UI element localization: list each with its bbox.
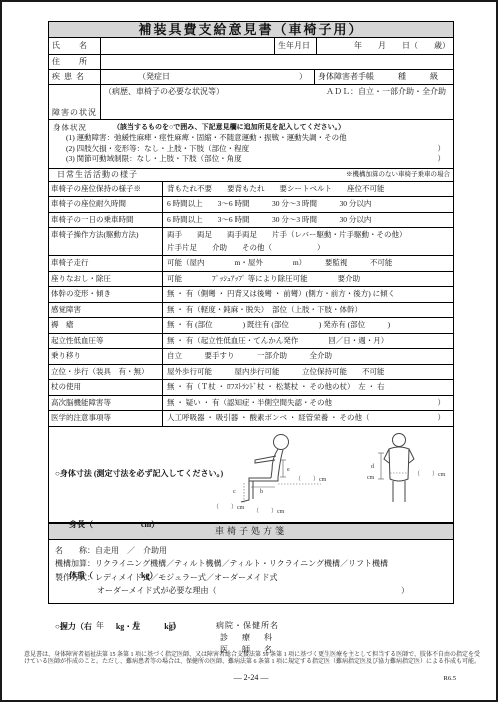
body-measurement-heading: ○身体寸法 (測定寸法を必ず記入してください。) xyxy=(55,465,223,482)
physical-condition-section: 身体状況 （該当するものを○で囲み、下記意見欄に追加所見を記入してください。） … xyxy=(49,120,453,169)
row-options: 自立 要手すり 一部介助 全介助 xyxy=(163,349,453,364)
options-text: 無 ・ 有（起立性低血圧・てんかん発作 回／日・週・月） xyxy=(167,335,388,348)
options-line: 背もたれ不要 要背もたれ 要シートベルト 座位不可能 xyxy=(167,183,449,196)
dim-e-label: e xyxy=(287,467,290,473)
table-row: 立位・歩行（装具 有・無）屋外歩行可能 屋内歩行可能 立位保持可能 不可能 xyxy=(49,365,453,381)
dim-a-value: （ ）cm xyxy=(414,471,446,478)
handbook-field: 身体障害者手帳 種 級 xyxy=(315,70,453,84)
options-text: 無 ・ 有（側彎 ・ 円背又は後彎 ・ 前彎）(側方・前方・後方) に傾く xyxy=(167,288,395,301)
table-row: 車椅子の座位耐久時間6 時間以上 3～6 時間 30 分～3 時間 30 分以内 xyxy=(49,197,453,213)
disability-status-field: （病歴、車椅子の必要な状況等） ＡＤＬ：自立・一部介助・全介助 xyxy=(101,85,453,119)
row-options: 人工呼吸器 ・ 吸引器 ・ 酸素ボンベ ・ 経管栄養 ・ その他（） xyxy=(163,411,453,426)
row-label: 車椅子操作方法(駆動方法) xyxy=(49,228,163,255)
daily-activity-header: 日常生活活動の様子 ※機構加算のない車椅子乗車の場合 xyxy=(49,169,453,182)
row-label: 立位・歩行（装具 有・無） xyxy=(49,365,163,380)
options-text: 可能（屋内 m・屋外 m） 要監視 不可能 xyxy=(167,257,392,270)
options-close-paren: ） xyxy=(438,412,446,425)
options-text: 6 時間以上 3～6 時間 30 分～3 時間 30 分以内 xyxy=(167,214,371,227)
table-row: 感覚障害無 ・ 有（軽度・鈍麻・脱失） 部位（上肢・下肢・体幹） xyxy=(49,303,453,319)
options-line: 6 時間以上 3～6 時間 30 分～3 時間 30 分以内 xyxy=(167,198,449,211)
line-text: (2) 四肢欠損・変形等：なし・上肢・下肢（部位・程度 xyxy=(66,144,249,155)
department-label: 診 療 科 xyxy=(220,632,454,644)
version-label: R6.5 xyxy=(444,675,456,682)
options-text: 可能 ﾌﾟｯｼｭｱｯﾌﾟ 等により除圧可能 要介助 xyxy=(167,273,360,286)
table-row: 乗り移り自立 要手すり 一部介助 全介助 xyxy=(49,349,453,365)
table-row: 高次脳機能障害等無 ・ 疑い ・ 有（認知症・半側空間失認・その他） xyxy=(49,396,453,412)
daily-activity-table: 車椅子の座位保持の様子※背もたれ不要 要背もたれ 要シートベルト 座位不可能車椅… xyxy=(49,182,453,427)
row-options: 無 ・ 疑い ・ 有（認知症・半側空間失認・その他） xyxy=(163,396,453,411)
table-row: 車椅子の座位保持の様子※背もたれ不要 要背もたれ 要シートベルト 座位不可能 xyxy=(49,182,453,198)
options-line: 両手 両足 両手両足 片手（レバー駆動・片手駆動・その他） xyxy=(167,229,449,242)
row-label: 起立性低血圧等 xyxy=(49,334,163,349)
weight-field: 体重（ kg） xyxy=(69,567,223,584)
address-field xyxy=(101,55,453,69)
row-options: 無 ・ 有（Ｔ杖 ・ ﾛﾌｽﾄﾗﾝﾄﾞ杖 ・ 松葉杖 ・ その他の杖） 左 ・ … xyxy=(163,380,453,395)
options-line: 屋外歩行可能 屋内歩行可能 立位保持可能 不可能 xyxy=(167,366,449,379)
options-text: 両手 両足 両手両足 片手（レバー駆動・片手駆動・その他） xyxy=(167,229,406,242)
footnote-text: 意見書は、身体障害者福祉法第 15 条第 1 項に基づく指定医師、又は障害者総合… xyxy=(24,652,480,666)
hospital-name-label: 病院・保健所名 xyxy=(216,620,279,632)
onset-close: ） xyxy=(299,71,307,83)
physical-condition-line: (1) 運動障害：弛緩性麻痺・痙性麻痺・固縮・不随意運動・振戦・運動失調・その他 xyxy=(66,133,449,144)
table-row: 体幹の変形・傾き無 ・ 有（側彎 ・ 円背又は後彎 ・ 前彎）(側方・前方・後方… xyxy=(49,287,453,303)
main-form: 補装具費支給意見書（車椅子用） 氏 名 生年月日 年 月 日（ 歳） 住 所 疾… xyxy=(48,21,454,604)
dim-c-value: （ ）cm xyxy=(213,504,245,511)
body-measurement-diagram: e （ ）cm b c （ ）cm （ ）cm d cm xyxy=(211,429,449,521)
address-row: 住 所 xyxy=(49,55,453,70)
signature-date: 年 月 日 xyxy=(96,620,180,632)
table-row: 起立性低血圧等無 ・ 有（起立性低血圧・てんかん発作 回／日・週・月） xyxy=(49,334,453,350)
row-options: 無 ・ 有（側彎 ・ 円背又は後彎 ・ 前彎）(側方・前方・後方) に傾く xyxy=(163,287,453,302)
options-line: 可能 ﾌﾟｯｼｭｱｯﾌﾟ 等により除圧可能 要介助 xyxy=(167,273,449,286)
birthdate-field: 年 月 日（ 歳） xyxy=(317,38,453,54)
row-label: 体幹の変形・傾き xyxy=(49,287,163,302)
line-text: (1) 運動障害：弛緩性麻痺・痙性麻痺・固縮・不随意運動・振戦・運動失調・その他 xyxy=(66,133,347,144)
options-close-paren: ） xyxy=(438,397,446,410)
page-number: ― 2-24 ― xyxy=(2,673,498,682)
prescription-reason-close: ） xyxy=(401,584,409,598)
address-label: 住 所 xyxy=(49,55,101,69)
birthdate-label: 生年月日 xyxy=(275,38,317,54)
options-line: 自立 要手すり 一部介助 全介助 xyxy=(167,350,449,363)
table-row: 杖の使用無 ・ 有（Ｔ杖 ・ ﾛﾌｽﾄﾗﾝﾄﾞ杖 ・ 松葉杖 ・ その他の杖） … xyxy=(49,380,453,396)
options-text: 背もたれ不要 要背もたれ 要シートベルト 座位不可能 xyxy=(167,183,385,196)
options-line: 片手片足 介助 その他（ ） xyxy=(167,242,449,255)
document-page: 補装具費支給意見書（車椅子用） 氏 名 生年月日 年 月 日（ 歳） 住 所 疾… xyxy=(0,0,498,702)
options-line: 可能（屋内 m・屋外 m） 要監視 不可能 xyxy=(167,257,449,270)
row-options: 6 時間以上 3～6 時間 30 分～3 時間 30 分以内 xyxy=(163,213,453,228)
height-field: 身長（ cm） xyxy=(69,516,223,533)
physical-condition-title: 身体状況 xyxy=(53,122,87,133)
daily-activity-note: ※機構加算のない車椅子乗車の場合 xyxy=(346,169,450,181)
physical-condition-instruction: （該当するものを○で囲み、下記意見欄に追加所見を記入してください。） xyxy=(113,122,345,133)
onset-open: （発症日 xyxy=(138,71,170,83)
disability-status-note: （病歴、車椅子の必要な状況等） xyxy=(104,86,224,97)
table-row: 褥 瘡無 ・ 有 (部位 ) 既往有 (部位 ) 発赤有 (部位 ) xyxy=(49,318,453,334)
options-line: 無 ・ 有（軽度・鈍麻・脱失） 部位（上肢・下肢・体幹） xyxy=(167,304,449,317)
options-text: 片手片足 介助 その他（ ） xyxy=(167,242,325,255)
row-options: 6 時間以上 3～6 時間 30 分～3 時間 30 分以内 xyxy=(163,197,453,212)
table-row: 車椅子の一日の乗車時間6 時間以上 3～6 時間 30 分～3 時間 30 分以… xyxy=(49,213,453,229)
row-label: 車椅子走行 xyxy=(49,256,163,271)
options-line: 無 ・ 疑い ・ 有（認知症・半側空間失認・その他） xyxy=(167,397,449,410)
dim-b-value: （ ）cm xyxy=(253,508,285,515)
row-label: 座りなおし・除圧 xyxy=(49,272,163,287)
row-options: 屋外歩行可能 屋内歩行可能 立位保持可能 不可能 xyxy=(163,365,453,380)
dim-d-label: d xyxy=(371,464,374,470)
disability-status-label: 障害の状況 xyxy=(49,85,101,119)
row-label: 車椅子の一日の乗車時間 xyxy=(49,213,163,228)
dim-c-label: c xyxy=(233,489,236,495)
adl-options: ＡＤＬ：自立・一部介助・全介助 xyxy=(326,86,446,97)
table-row: 座りなおし・除圧可能 ﾌﾟｯｼｭｱｯﾌﾟ 等により除圧可能 要介助 xyxy=(49,272,453,288)
row-label: 車椅子の座位保持の様子※ xyxy=(49,182,163,197)
options-text: 屋外歩行可能 屋内歩行可能 立位保持可能 不可能 xyxy=(167,366,385,379)
line-text: (3) 関節可動域制限：なし・上肢・下肢（部位・角度 xyxy=(66,154,242,165)
form-title: 補装具費支給意見書（車椅子用） xyxy=(49,22,453,38)
daily-activity-title: 日常生活活動の様子 xyxy=(49,169,138,181)
row-label: 乗り移り xyxy=(49,349,163,364)
options-line: 6 時間以上 3～6 時間 30 分～3 時間 30 分以内 xyxy=(167,214,449,227)
physical-condition-lines: (1) 運動障害：弛緩性麻痺・痙性麻痺・固縮・不随意運動・振戦・運動失調・その他… xyxy=(53,133,449,165)
row-options: 可能 ﾌﾟｯｼｭｱｯﾌﾟ 等により除圧可能 要介助 xyxy=(163,272,453,287)
body-measurement-section: ○身体寸法 (測定寸法を必ず記入してください。) 身長（ cm） 体重（ kg）… xyxy=(49,427,453,523)
dim-e-value: （ ）cm xyxy=(295,476,327,483)
row-label: 高次脳機能障害等 xyxy=(49,396,163,411)
disease-label: 疾 患 名 xyxy=(49,70,101,84)
options-text: 無 ・ 疑い ・ 有（認知症・半側空間失認・その他 xyxy=(167,397,332,410)
onset-field: （発症日 ） xyxy=(101,70,315,84)
row-options: 背もたれ不要 要背もたれ 要シートベルト 座位不可能 xyxy=(163,182,453,197)
row-label: 車椅子の座位耐久時間 xyxy=(49,197,163,212)
row-label: 医学的注意事項等 xyxy=(49,411,163,426)
table-row: 車椅子操作方法(駆動方法)両手 両足 両手両足 片手（レバー駆動・片手駆動・その… xyxy=(49,228,453,256)
options-text: 自立 要手すり 一部介助 全介助 xyxy=(167,350,332,363)
row-label: 感覚障害 xyxy=(49,303,163,318)
line-close-paren: ） xyxy=(438,154,446,165)
table-row: 車椅子走行可能（屋内 m・屋外 m） 要監視 不可能 xyxy=(49,256,453,272)
row-options: 無 ・ 有 (部位 ) 既往有 (部位 ) 発赤有 (部位 ) xyxy=(163,318,453,333)
name-row: 氏 名 生年月日 年 月 日（ 歳） xyxy=(49,38,453,55)
disability-status-row: 障害の状況 （病歴、車椅子の必要な状況等） ＡＤＬ：自立・一部介助・全介助 xyxy=(49,85,453,120)
line-close-paren: ） xyxy=(438,144,446,155)
options-line: 人工呼吸器 ・ 吸引器 ・ 酸素ボンベ ・ 経管栄養 ・ その他（） xyxy=(167,412,449,425)
row-options: 無 ・ 有（起立性低血圧・てんかん発作 回／日・週・月） xyxy=(163,334,453,349)
options-text: 無 ・ 有 (部位 ) 既往有 (部位 ) 発赤有 (部位 ) xyxy=(167,319,390,332)
row-label: 杖の使用 xyxy=(49,380,163,395)
name-field xyxy=(101,38,275,54)
row-options: 可能（屋内 m・屋外 m） 要監視 不可能 xyxy=(163,256,453,271)
options-text: 無 ・ 有（Ｔ杖 ・ ﾛﾌｽﾄﾗﾝﾄﾞ杖 ・ 松葉杖 ・ その他の杖） 左 ・ … xyxy=(167,381,385,394)
signature-block: 年 月 日 病院・保健所名 診 療 科 医 師 名 xyxy=(48,620,454,656)
name-label: 氏 名 xyxy=(49,38,101,54)
row-label: 褥 瘡 xyxy=(49,318,163,333)
physical-condition-line: (3) 関節可動域制限：なし・上肢・下肢（部位・角度） xyxy=(66,154,449,165)
dim-b-label: b xyxy=(260,489,263,495)
options-text: 無 ・ 有（軽度・鈍麻・脱失） 部位（上肢・下肢・体幹） xyxy=(167,304,362,317)
options-text: 人工呼吸器 ・ 吸引器 ・ 酸素ボンベ ・ 経管栄養 ・ その他（ xyxy=(167,412,370,425)
row-options: 無 ・ 有（軽度・鈍麻・脱失） 部位（上肢・下肢・体幹） xyxy=(163,303,453,318)
row-options: 両手 両足 両手両足 片手（レバー駆動・片手駆動・その他）片手片足 介助 その他… xyxy=(163,228,453,255)
options-line: 無 ・ 有（起立性低血圧・てんかん発作 回／日・週・月） xyxy=(167,335,449,348)
disease-row: 疾 患 名 （発症日 ） 身体障害者手帳 種 級 xyxy=(49,70,453,85)
physical-condition-line: (2) 四肢欠損・変形等：なし・上肢・下肢（部位・程度） xyxy=(66,144,449,155)
options-line: 無 ・ 有（Ｔ杖 ・ ﾛﾌｽﾄﾗﾝﾄﾞ杖 ・ 松葉杖 ・ その他の杖） 左 ・ … xyxy=(167,381,449,394)
options-line: 無 ・ 有（側彎 ・ 円背又は後彎 ・ 前彎）(側方・前方・後方) に傾く xyxy=(167,288,449,301)
options-text: 6 時間以上 3～6 時間 30 分～3 時間 30 分以内 xyxy=(167,198,371,211)
table-row: 医学的注意事項等人工呼吸器 ・ 吸引器 ・ 酸素ボンベ ・ 経管栄養 ・ その他… xyxy=(49,411,453,427)
dim-d-unit: cm xyxy=(367,475,375,481)
options-line: 無 ・ 有 (部位 ) 既往有 (部位 ) 発赤有 (部位 ) xyxy=(167,319,449,332)
